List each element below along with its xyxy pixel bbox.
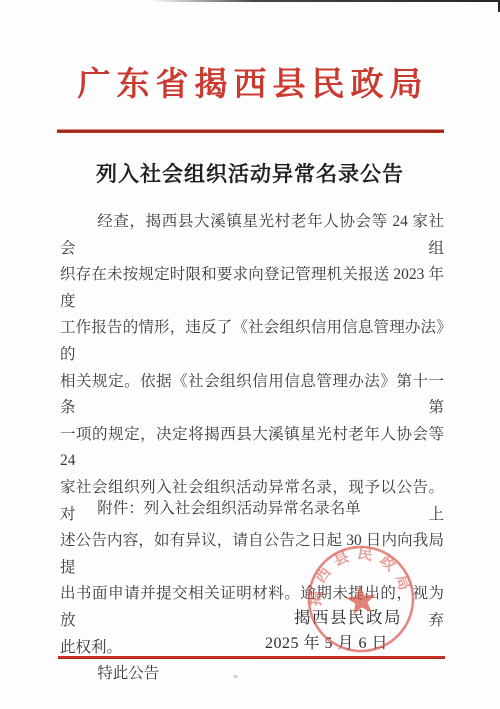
document-title: 列入社会组织活动异常名录公告 <box>0 158 500 188</box>
scanned-official-notice-page: 广东省揭西县民政局 列入社会组织活动异常名录公告 经查，揭西县大溪镇星光村老年人… <box>0 0 500 709</box>
scan-artifact-speck <box>233 675 238 678</box>
letterhead-divider-rule <box>57 129 444 133</box>
body-line: 特此公告 <box>60 661 444 688</box>
agency-letterhead-title: 广东省揭西县民政局 <box>0 58 500 105</box>
footer-divider-rule <box>58 656 445 659</box>
body-line: 经查，揭西县大溪镇星光村老年人协会等 24 家社会组 <box>60 209 444 262</box>
issue-date: 2025 年 5 月 6 日 <box>265 630 388 653</box>
issuer-signature: 揭西县民政局 <box>294 604 402 628</box>
attachment-line: 附件：列入社会组织活动异常名录名单 <box>60 496 444 523</box>
scan-edge-top <box>150 0 500 2</box>
body-line: 相关规定。依据《社会组织信用信息管理办法》第十一条第 <box>60 369 444 422</box>
body-line: 述公告内容，如有异议，请自公告之日起 30 日内向我局提 <box>60 528 444 581</box>
body-line: 织存在未按规定时限和要求向登记管理机关报送 2023 年度 <box>60 262 444 315</box>
body-line: 一项的规定，决定将揭西县大溪镇星光村老年人协会等 24 <box>60 422 444 475</box>
body-line: 工作报告的情形，违反了《社会组织信用信息管理办法》的 <box>60 315 444 368</box>
